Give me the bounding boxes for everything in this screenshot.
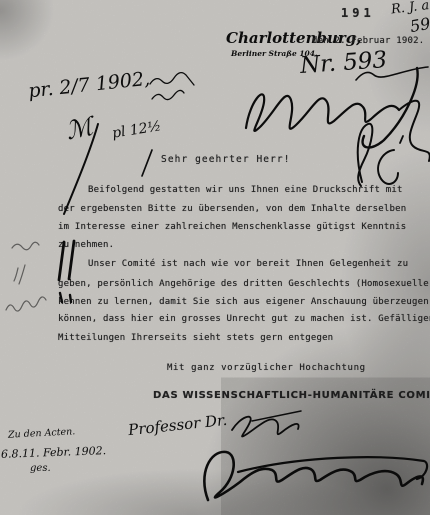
closing-line: Mit ganz vorzüglicher Hochachtung [167,363,366,373]
body-line: können, dass hier ein grosses Unrecht gu… [58,314,430,324]
initials-scrawl [358,124,373,186]
corner-note-line2: 59. [409,13,430,36]
file-number: Nr. 593 [299,47,388,79]
filing-note-line: Zu den Acten. [8,426,76,441]
marginalia-scrawl [14,265,25,284]
docket-note: pl 12½ [111,118,162,142]
marginalia-scrawl [6,297,46,311]
page-number: 191 [341,6,375,20]
filing-note-line: 6.8.11. Febr. 1902. [1,444,106,461]
letterhead-date: den 2. Februar 1902. [312,36,424,46]
paraph-scrawl [246,94,399,131]
body-line: der ergebensten Bitte zu übersenden, von… [58,204,406,214]
clerk-monogram-scrawl: ℳ [63,112,95,146]
body-line: Unser Comité ist nach wie vor bereit Ihn… [88,259,408,269]
scanned-letter-page: 191 R. J. a. 59. Charlottenburg, den 2. … [0,0,430,515]
paraph-scrawl [399,101,430,161]
body-line: kennen zu lernen, damit Sie sich aus eig… [58,297,429,307]
signature-scrawl [252,411,301,421]
initials-scrawl [400,136,403,143]
paraph-scrawl [363,68,418,147]
signature-scrawl [232,417,299,437]
marginalia-scrawl [12,242,39,250]
filing-note-line: ges. [30,463,51,474]
body-line: im Interesse einer zahlreichen Menschenk… [58,222,406,232]
initials-scrawl [378,150,398,184]
body-line: Mitteilungen Ihrerseits sieht stets gern… [58,333,333,343]
signature-scrawl [204,452,423,500]
body-line: Beifolgend gestatten wir uns Ihnen eine … [88,185,403,195]
body-line: geben, persönlich Angehörige des dritten… [58,279,430,289]
signature-first-legible: Professor Dr. [127,411,228,439]
clerk-monogram-scrawl [142,150,152,176]
body-line: zu nehmen. [58,240,114,250]
signature-scrawl [238,457,427,479]
shorthand-scrawl [152,90,184,99]
shorthand-scrawl [150,73,194,85]
committee-name: DAS WISSENSCHAFTLICH-HUMANITÄRE COMITÉ. [153,390,430,401]
received-note: pr. 2/7 1902, [27,68,151,103]
salutation: Sehr geehrter Herr! [161,154,291,165]
